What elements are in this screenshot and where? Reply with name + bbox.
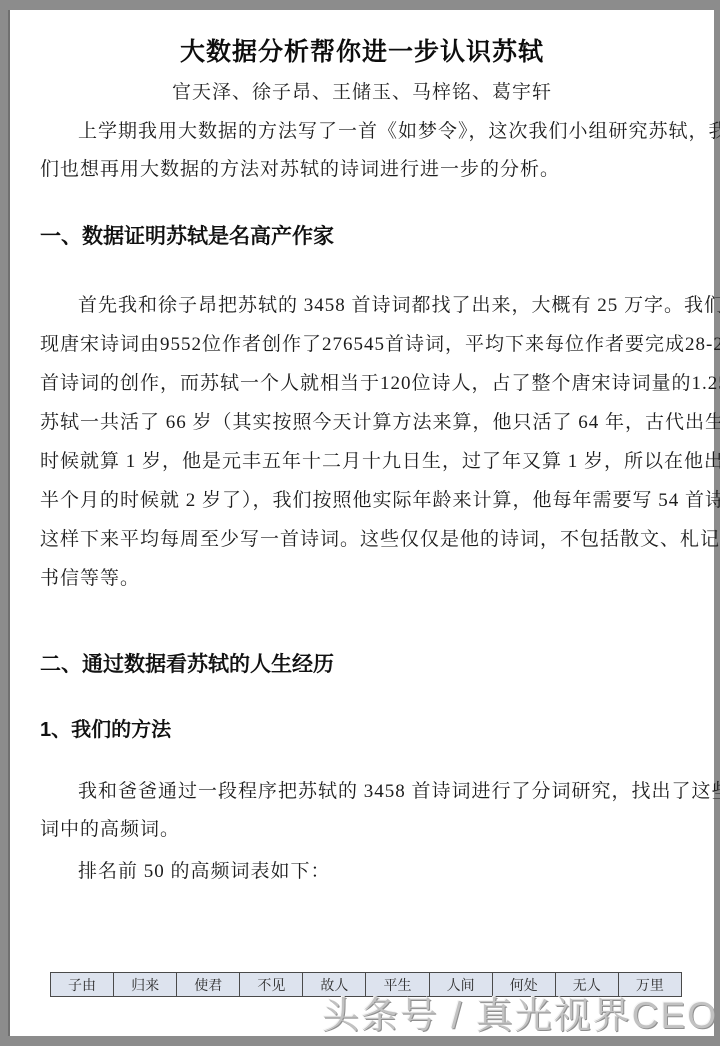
table-cell: 无人 <box>556 973 619 996</box>
method-paragraph: 我和爸爸通过一段程序把苏轼的 3458 首诗词进行了分词研究，找出了这些诗 词中… <box>40 773 692 849</box>
intro-line: 上学期我用大数据的方法写了一首《如梦令》，这次我们小组研究苏轼，我 <box>40 113 692 151</box>
watermark-toutiao: 头条号 / 真光视界CEO <box>322 994 718 1038</box>
body-line: 半个月的时候就 2 岁了），我们按照他实际年龄来计算，他每年需要写 54 首诗词… <box>40 481 692 520</box>
table-cell: 故人 <box>303 973 366 996</box>
intro-line: 们也想再用大数据的方法对苏轼的诗词进行进一步的分析。 <box>40 151 692 189</box>
table-cell: 平生 <box>366 973 429 996</box>
authors-line: 官天泽、徐子昂、王储玉、马梓铭、葛宇轩 <box>10 81 714 105</box>
body-line: 书信等等。 <box>40 559 692 598</box>
table-cell: 何处 <box>493 973 556 996</box>
body-line: 苏轼一共活了 66 岁（其实按照今天计算方法来算，他只活了 64 年，古代出生的 <box>40 403 692 442</box>
section2-heading: 二、通过数据看苏轼的人生经历 <box>40 651 334 679</box>
section2-sub1-heading: 1、我们的方法 <box>40 717 171 743</box>
body-line: 我和爸爸通过一段程序把苏轼的 3458 首诗词进行了分词研究，找出了这些诗 <box>40 773 692 811</box>
body-line: 排名前 50 的高频词表如下： <box>40 853 692 891</box>
document-screenshot: { "doc": { "title": "大数据分析帮你进一步认识苏轼", "a… <box>0 0 720 1046</box>
body-line: 词中的高频词。 <box>40 811 692 849</box>
section1-paragraph: 首先我和徐子昂把苏轼的 3458 首诗词都找了出来，大概有 25 万字。我们发 … <box>40 286 692 598</box>
body-line: 首先我和徐子昂把苏轼的 3458 首诗词都找了出来，大概有 25 万字。我们发 <box>40 286 692 325</box>
table-cell: 子由 <box>51 973 114 996</box>
body-line: 现唐宋诗词由9552位作者创作了276545首诗词，平均下来每位作者要完成28-… <box>40 325 692 364</box>
table-cell: 使君 <box>177 973 240 996</box>
table-cell: 万里 <box>619 973 681 996</box>
section1-heading: 一、数据证明苏轼是名高产作家 <box>40 223 334 251</box>
intro-paragraph: 上学期我用大数据的方法写了一首《如梦令》，这次我们小组研究苏轼，我 们也想再用大… <box>40 113 692 189</box>
page-title: 大数据分析帮你进一步认识苏轼 <box>10 37 714 67</box>
body-line: 时候就算 1 岁，他是元丰五年十二月十九日生，过了年又算 1 岁，所以在他出生 <box>40 442 692 481</box>
document-page: 大数据分析帮你进一步认识苏轼 官天泽、徐子昂、王储玉、马梓铭、葛宇轩 上学期我用… <box>8 10 714 1036</box>
table-cell: 归来 <box>114 973 177 996</box>
table-cell: 人间 <box>430 973 493 996</box>
table-cell: 不见 <box>240 973 303 996</box>
body-line: 这样下来平均每周至少写一首诗词。这些仅仅是他的诗词，不包括散文、札记、 <box>40 520 692 559</box>
body-line: 首诗词的创作，而苏轼一个人就相当于120位诗人，占了整个唐宋诗词量的1.25%。 <box>40 364 692 403</box>
table-intro-line: 排名前 50 的高频词表如下： <box>40 853 692 891</box>
